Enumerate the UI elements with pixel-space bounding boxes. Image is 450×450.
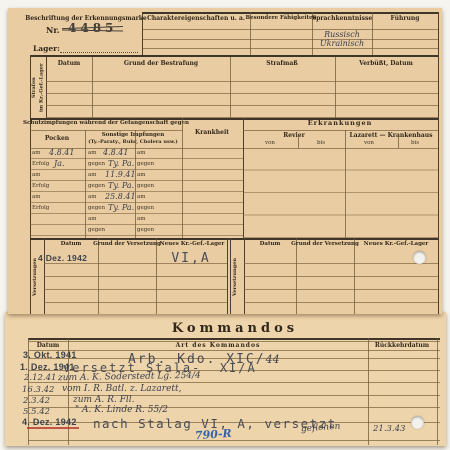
to-label: bis (411, 141, 419, 147)
illness-col-header: Krankheit (195, 130, 229, 136)
punishments-side-label: Strafen im Kr.-Gef.-Lager (31, 58, 45, 117)
vacc-row: am4.8.41am4.8.41am (30, 148, 243, 159)
kdo-type-header: Art des Kommandos (176, 343, 261, 349)
pow-card-front: Beschriftung der Erkennungsmarke Nr. 448… (8, 8, 442, 314)
kdo-row-date: 5.5.42 (23, 408, 50, 417)
transfer-date-stamp: 4 Dez. 1942 (38, 254, 87, 263)
kdo-row-date: 2.12.41 (24, 374, 56, 383)
vacc-row: amam (30, 214, 243, 225)
vacc-row: amam25.8.41am (30, 192, 243, 203)
other-vacc-subheader: (Ty.-Paraty., Ruhr, Cholera usw.) (88, 140, 177, 145)
rule (368, 338, 369, 445)
kommandos-title: Kommandos (172, 322, 298, 335)
vacc-row: ErfolgJa.gegenTy. Pa.gegen (30, 159, 243, 170)
illness-empty-rows (243, 148, 438, 238)
rule (227, 238, 228, 314)
hole-punch (411, 416, 424, 429)
from-label: von (364, 141, 374, 147)
camp-label: Lager: (33, 45, 60, 53)
scanned-pow-record: Beschriftung der Erkennungsmarke Nr. 448… (0, 0, 450, 450)
rule (372, 12, 373, 55)
vacc-row: amam11.9.41am (30, 170, 243, 181)
infirmary-header: Revier (283, 133, 305, 139)
blue-pencil-mark: 790-R (195, 428, 232, 442)
to-label: bis (317, 141, 325, 147)
rule (243, 130, 438, 131)
kdo-return-header: Rückkehrdatum (375, 343, 429, 349)
rule (142, 29, 438, 30)
hospital-header: Lazarett — Krankenhaus (349, 133, 432, 139)
kdo-row-entry: " A. K. Linde R. 55/2 (75, 406, 168, 415)
rule (438, 12, 439, 314)
rule (30, 238, 438, 240)
kdo-row-date: 16.3.42 (22, 386, 54, 395)
vacc-row: ErfolggegenTy. Pa.gegen (30, 181, 243, 192)
rule (142, 48, 438, 49)
kdo-row-date: 2.3.42 (23, 397, 50, 406)
rule (28, 440, 440, 441)
transfer-reason-header: Grund der Versetzung (291, 242, 359, 248)
rule (398, 135, 399, 148)
punish-reason-header: Grund der Bestrafung (124, 61, 198, 67)
special-abilities-header: Besondere Fähigkeiten (245, 16, 316, 22)
smallpox-header: Pocken (45, 136, 69, 142)
from-label: von (265, 141, 275, 147)
kdo-row-entry: vom I. R. Batl. z. Lazarett, (62, 385, 182, 394)
other-vacc-header: Sonstige Impfungen (102, 133, 165, 139)
tag-nr-label: Nr. (46, 26, 60, 34)
transfer-reason-header: Grund der Versetzung (93, 242, 161, 248)
language-entry: Ukrainisch (320, 40, 364, 48)
rule (142, 12, 438, 14)
vacc-row: gegengegen (30, 225, 243, 236)
transfer-newcamp-header: Neues Kr.-Gef.-Lager (364, 242, 429, 248)
illnesses-title: Erkrankungen (308, 120, 373, 127)
punish-served-header: Verbüßt, Datum (359, 61, 413, 67)
transfer-date-header: Datum (260, 242, 281, 248)
hole-punch (413, 251, 426, 264)
punish-sentence-header: Strafmaß (266, 61, 298, 67)
tag-number: 4485 (68, 22, 117, 34)
red-underline (27, 427, 79, 429)
conduct-header: Führung (391, 16, 420, 22)
kdo-date-header: Datum (37, 343, 60, 349)
rule (298, 135, 299, 148)
rule (142, 39, 438, 40)
rule (28, 338, 440, 340)
transfer-date-header: Datum (61, 242, 82, 248)
transfers-side-label: Versetzungen (232, 244, 243, 310)
rule (230, 238, 231, 314)
vaccinations-title: Schutzimpfungen während der Gefangenscha… (23, 121, 189, 127)
rule (437, 338, 438, 445)
transfer-rows-right (244, 251, 438, 314)
language-entry: Russisch (324, 31, 360, 39)
rule (30, 130, 182, 131)
punishments-empty-rows (46, 70, 438, 118)
escaped-note: geflohen (301, 423, 341, 435)
vacc-row: ErfolggegenTy. Pa.gegen (30, 203, 243, 214)
punish-date-header: Datum (58, 61, 81, 67)
kdo-row-date: 4. Dez. 1942 (22, 418, 77, 427)
language-skills-header: Sprachkenntnisse (312, 16, 372, 22)
camp-dotted-line (60, 45, 138, 53)
kdo-row-return-date: 21.3.43 (373, 425, 405, 434)
character-traits-header: Charaktereigenschaften u. a. (147, 16, 245, 22)
kdo-row-entry: zum A. R. Fll. (73, 396, 135, 405)
new-camp-stamp: VI,A (171, 252, 210, 265)
kdo-row-date: 3. Okt. 1941 (23, 351, 77, 360)
kommandos-card: Kommandos Datum Art des Kommandos Rückke… (5, 312, 446, 446)
transfer-newcamp-header: Neues Kr.-Gef.-Lager (160, 242, 225, 248)
